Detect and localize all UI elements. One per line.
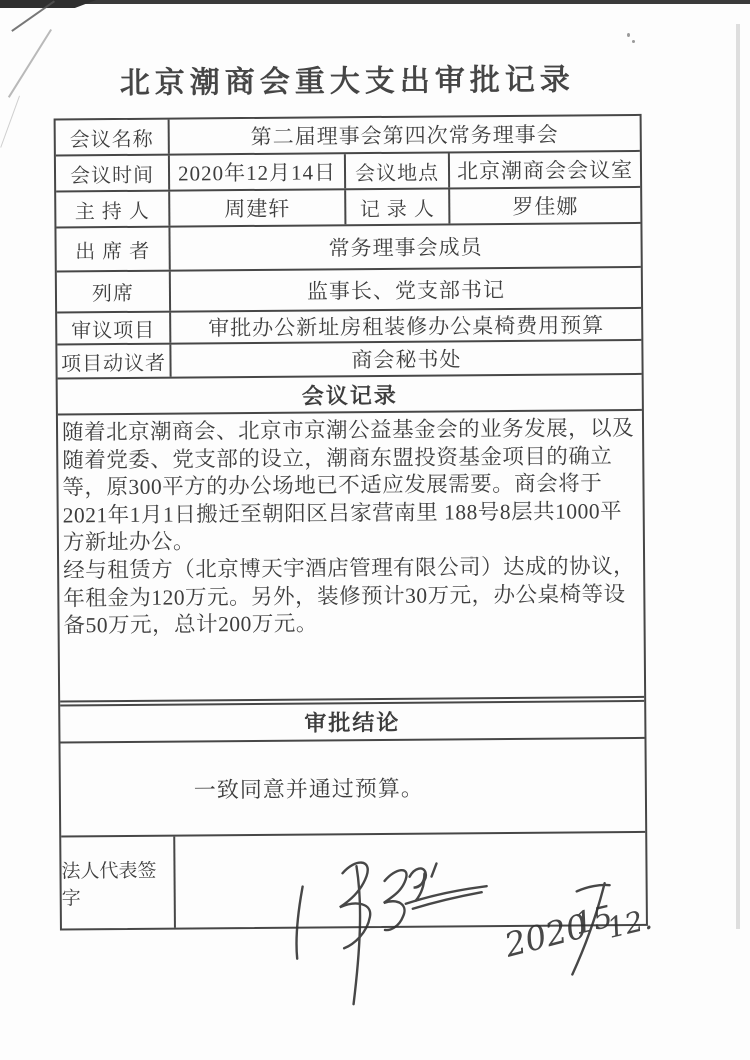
approval-conclusion-header: 审批结论 — [60, 702, 644, 742]
table-row-meeting-record-header: 会议记录 — [58, 373, 642, 414]
table-row-meeting-time-place: 会议时间 2020年12月14日 会议地点 北京潮商会会议室 — [56, 150, 640, 191]
meeting-name-value: 第二届理事会第四次常务理事会 — [168, 116, 640, 154]
review-item-value: 审批办公新址房租装修办公桌椅费用预算 — [169, 309, 641, 343]
meeting-record-header: 会议记录 — [58, 375, 642, 414]
proposer-value: 商会秘书处 — [169, 341, 641, 377]
host-value: 周建轩 — [168, 190, 344, 225]
review-item-label: 审议项目 — [57, 313, 169, 344]
meeting-place-value: 北京潮商会会议室 — [448, 152, 640, 188]
table-row-attendees: 出 席 者 常务理事会成员 — [56, 222, 640, 271]
recorder-label: 记 录 人 — [344, 189, 448, 224]
recorder-value: 罗佳娜 — [448, 188, 640, 224]
table-row-observers: 列席 监事长、党支部书记 — [57, 266, 641, 312]
scanned-document-page: 北京潮商会重大支出审批记录 会议名称 第二届理事会第四次常务理事会 会议时间 2… — [0, 0, 750, 1060]
table-row-signature: 法人代表签字 — [61, 831, 646, 929]
proposer-label: 项目动议者 — [57, 345, 169, 378]
table-row-review-item: 审议项目 审批办公新址房租装修办公桌椅费用预算 — [57, 307, 641, 344]
meeting-time-value: 2020年12月14日 — [168, 154, 344, 189]
approval-conclusion-text: 一致同意并通过预算。 — [60, 739, 645, 836]
table-row-conclusion-body: 一致同意并通过预算。 — [60, 737, 645, 836]
table-row-meeting-record-body: 随着北京潮商会、北京市京潮公益基金会的业务发展，以及随着党委、党支部的设立，潮商… — [58, 409, 644, 701]
meeting-place-label: 会议地点 — [344, 153, 448, 188]
meeting-name-label: 会议名称 — [56, 120, 168, 155]
attendees-value: 常务理事会成员 — [168, 224, 640, 270]
attendees-label: 出 席 者 — [56, 228, 168, 271]
document-title: 北京潮商会重大支出审批记录 — [53, 54, 641, 103]
observers-value: 监事长、党支部书记 — [169, 268, 641, 311]
table-row-meeting-name: 会议名称 第二届理事会第四次常务理事会 — [56, 116, 640, 155]
signature-label: 法人代表签字 — [61, 837, 174, 929]
table-row-conclusion-header: 审批结论 — [60, 700, 644, 742]
meeting-time-label: 会议时间 — [56, 156, 168, 191]
observers-label: 列席 — [57, 272, 169, 312]
host-label: 主 持 人 — [56, 192, 168, 227]
approval-record-table: 会议名称 第二届理事会第四次常务理事会 会议时间 2020年12月14日 会议地… — [54, 114, 648, 931]
table-row-proposer: 项目动议者 商会秘书处 — [57, 339, 641, 378]
signature-cell — [173, 833, 646, 928]
table-row-host-recorder: 主 持 人 周建轩 记 录 人 罗佳娜 — [56, 186, 640, 227]
meeting-record-text: 随着北京潮商会、北京市京潮公益基金会的业务发展，以及随着党委、党支部的设立，潮商… — [58, 411, 644, 701]
